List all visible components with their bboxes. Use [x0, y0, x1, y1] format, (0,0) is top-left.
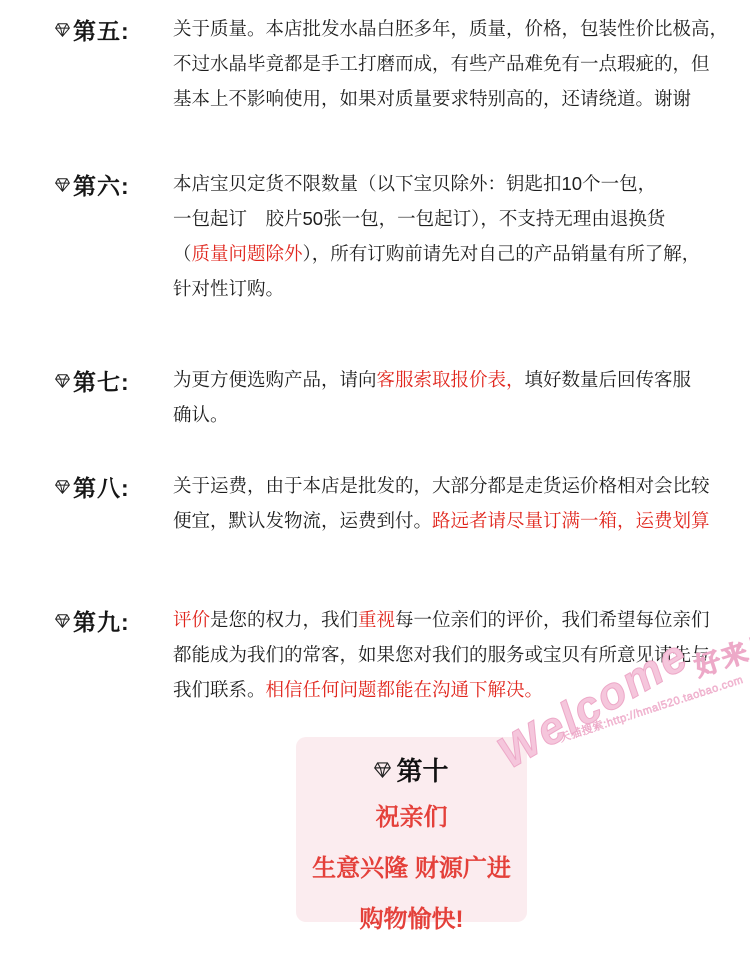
text-line: 便宜，默认发物流，运费到付。路远者请尽量订满一箱，运费划算: [173, 503, 735, 538]
text-part: 本店宝贝定货不限数量（以下宝贝除外：钥匙扣10个一包，: [173, 173, 656, 194]
text-part: 是您的权力，我们: [210, 609, 358, 630]
notice-section-seven: 第七: 为更方便选购产品，请向客服索取报价表，填好数量后回传客服 确认。: [55, 362, 735, 432]
blessing-line: 祝亲们: [296, 797, 527, 832]
section-eight-body: 关于运费，由于本店是批发的，大部分都是走货运价格相对会比较 便宜，默认发物流，运…: [173, 468, 735, 538]
blessing-line: 生意兴隆 财源广进: [296, 848, 527, 883]
text-part: 针对性订购。: [173, 278, 284, 299]
notice-section-six: 第六: 本店宝贝定货不限数量（以下宝贝除外：钥匙扣10个一包， 一包起订 胶片5…: [55, 166, 735, 306]
text-line: 针对性订购。: [173, 271, 735, 306]
section-nine-body: 评价是您的权力，我们重视每一位亲们的评价，我们希望每位亲们 都能成为我们的常客，…: [173, 602, 735, 707]
text-line: 不过水晶毕竟都是手工打磨而成，有些产品难免有一点瑕疵的，但: [173, 46, 735, 81]
highlighted-text: 路远者请尽量订满一箱，运费划算: [432, 510, 710, 531]
text-part: 每一位亲们的评价，我们希望每位亲们: [395, 609, 710, 630]
diamond-icon: [374, 762, 391, 778]
text-part: 不过水晶毕竟都是手工打磨而成，有些产品难免有一点瑕疵的，但: [173, 53, 710, 74]
text-part: 一包起订 胶片50张一包，一包起订），不支持无理由退换货: [173, 208, 665, 229]
text-line: 评价是您的权力，我们重视每一位亲们的评价，我们希望每位亲们: [173, 602, 735, 637]
text-line: 一包起订 胶片50张一包，一包起订），不支持无理由退换货: [173, 201, 735, 236]
section-label-text: 第八:: [73, 470, 130, 503]
text-line: （质量问题除外），所有订购前请先对自己的产品销量有所了解，: [173, 236, 735, 271]
diamond-icon: [55, 23, 70, 37]
highlighted-text: 评价: [173, 609, 210, 630]
text-part: （: [173, 243, 192, 264]
notice-section-five: 第五: 关于质量。本店批发水晶白胚多年，质量，价格，包装性价比极高， 不过水晶毕…: [55, 11, 735, 116]
section-seven-body: 为更方便选购产品，请向客服索取报价表，填好数量后回传客服 确认。: [173, 362, 735, 432]
diamond-icon: [55, 480, 70, 494]
text-line: 确认。: [173, 397, 735, 432]
text-line: 关于质量。本店批发水晶白胚多年，质量，价格，包装性价比极高，: [173, 11, 735, 46]
text-part: 为更方便选购产品，请向: [173, 369, 377, 390]
section-label-text: 第五:: [73, 13, 130, 46]
text-part: 关于质量。本店批发水晶白胚多年，质量，价格，包装性价比极高，: [173, 18, 728, 39]
section-six-body: 本店宝贝定货不限数量（以下宝贝除外：钥匙扣10个一包， 一包起订 胶片50张一包…: [173, 166, 735, 306]
diamond-icon: [55, 374, 70, 388]
highlighted-text: 相信任何问题都能在沟通下解决。: [266, 679, 544, 700]
text-part: 确认。: [173, 404, 229, 425]
text-line: 本店宝贝定货不限数量（以下宝贝除外：钥匙扣10个一包，: [173, 166, 735, 201]
section-six-label: 第六:: [55, 168, 130, 201]
text-part: 我们联系。: [173, 679, 266, 700]
text-part: ），所有订购前请先对自己的产品销量有所了解，: [303, 243, 701, 264]
highlighted-text: 质量问题除外: [192, 243, 303, 264]
diamond-icon: [55, 614, 70, 628]
notice-section-nine: 第九: 评价是您的权力，我们重视每一位亲们的评价，我们希望每位亲们 都能成为我们…: [55, 602, 735, 707]
notice-section-eight: 第八: 关于运费，由于本店是批发的，大部分都是走货运价格相对会比较 便宜，默认发…: [55, 468, 735, 538]
section-five-label: 第五:: [55, 13, 130, 46]
section-five-body: 关于质量。本店批发水晶白胚多年，质量，价格，包装性价比极高， 不过水晶毕竟都是手…: [173, 11, 735, 116]
text-part: 基本上不影响使用，如果对质量要求特别高的，还请绕道。谢谢: [173, 88, 691, 109]
section-label-text: 第六:: [73, 168, 130, 201]
section-ten-label: 第十: [396, 751, 448, 788]
text-part: 填好数量后回传客服: [525, 369, 692, 390]
text-line: 都能成为我们的常客，如果您对我们的服务或宝贝有所意见请先与: [173, 637, 735, 672]
section-eight-label: 第八:: [55, 470, 130, 503]
highlighted-text: 客服索取报价表，: [377, 369, 525, 390]
section-seven-label: 第七:: [55, 364, 130, 397]
text-part: 都能成为我们的常客，如果您对我们的服务或宝贝有所意见请先与: [173, 644, 710, 665]
section-nine-label: 第九:: [55, 604, 130, 637]
text-part: 便宜，默认发物流，运费到付。: [173, 510, 432, 531]
text-part: 关于运费，由于本店是批发的，大部分都是走货运价格相对会比较: [173, 475, 710, 496]
blessing-line: 购物愉快!: [296, 899, 527, 934]
highlighted-text: 重视: [358, 609, 395, 630]
text-line: 基本上不影响使用，如果对质量要求特别高的，还请绕道。谢谢: [173, 81, 735, 116]
section-label-text: 第七:: [73, 364, 130, 397]
diamond-icon: [55, 178, 70, 192]
text-line: 关于运费，由于本店是批发的，大部分都是走货运价格相对会比较: [173, 468, 735, 503]
text-line: 我们联系。相信任何问题都能在沟通下解决。: [173, 672, 735, 707]
section-ten-box: 第十 祝亲们 生意兴隆 财源广进 购物愉快!: [296, 737, 527, 922]
section-ten-title: 第十: [296, 751, 527, 788]
section-label-text: 第九:: [73, 604, 130, 637]
text-line: 为更方便选购产品，请向客服索取报价表，填好数量后回传客服: [173, 362, 735, 397]
